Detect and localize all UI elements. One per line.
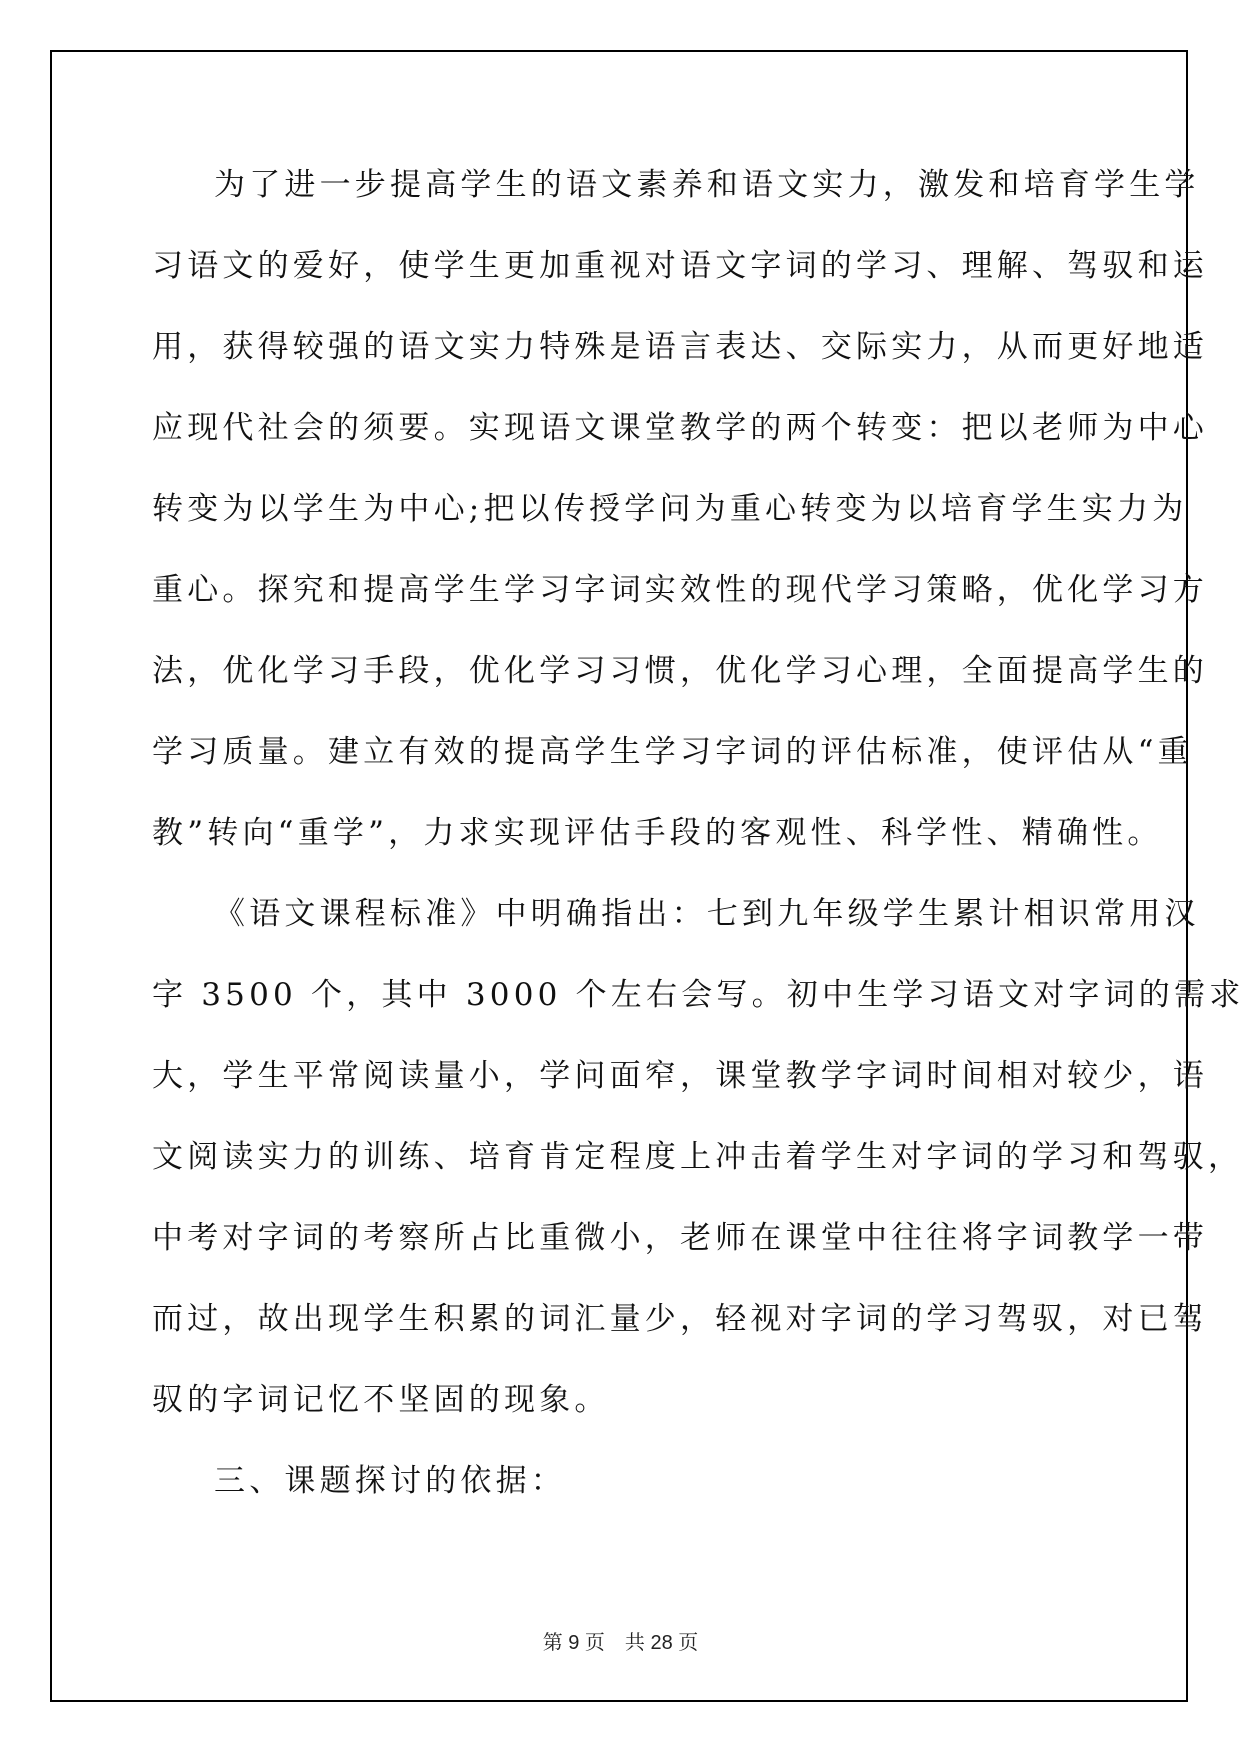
paragraph-1-line-8: 学习质量。建立有效的提高学生学习字词的评估标准，使评估从“重 [152,734,1193,770]
paragraph-1-line-6: 重心。探究和提高学生学习字词实效性的现代学习策略，优化学习方 [152,572,1208,608]
paragraph-1-line-5: 转变为以学生为中心;把以传授学问为重心转变为以培育学生实力为 [152,491,1187,527]
paragraph-2-line-3: 大，学生平常阅读量小，学问面窄，课堂教学字词时间相对较少，语 [152,1058,1208,1094]
paragraph-1-line-1: 为了进一步提高学生的语文素养和语文实力，激发和培育学生学 [214,167,1200,203]
page-border [50,50,1188,1702]
paragraph-2-line-2: 字 3500 个，其中 3000 个左右会写。初中生学习语文对字词的需求量 [152,977,1241,1013]
paragraph-2-line-5: 中考对字词的考察所占比重微小，老师在课堂中往往将字词教学一带 [152,1220,1208,1256]
section-heading: 三、课题探讨的依据： [214,1463,566,1499]
paragraph-2-line-7: 驭的字词记忆不坚固的现象。 [152,1382,610,1418]
paragraph-2-line-4: 文阅读实力的训练、培育肯定程度上冲击着学生对字词的学习和驾驭， [152,1139,1241,1175]
paragraph-2-line-6: 而过，故出现学生积累的词汇量少，轻视对字词的学习驾驭，对已驾 [152,1301,1208,1337]
page-number-footer: 第 9 页 共 28 页 [0,1626,1241,1655]
paragraph-1-line-7: 法，优化学习手段，优化学习习惯，优化学习心理，全面提高学生的 [152,653,1208,689]
paragraph-1-line-4: 应现代社会的须要。实现语文课堂教学的两个转变：把以老师为中心 [152,410,1208,446]
paragraph-1-line-9: 教”转向“重学”，力求实现评估手段的客观性、科学性、精确性。 [152,815,1163,851]
paragraph-2-line-1: 《语文课程标准》中明确指出：七到九年级学生累计相识常用汉 [214,896,1200,932]
paragraph-1-line-3: 用，获得较强的语文实力特殊是语言表达、交际实力，从而更好地适 [152,329,1208,365]
paragraph-1-line-2: 习语文的爱好，使学生更加重视对语文字词的学习、理解、驾驭和运 [152,248,1208,284]
